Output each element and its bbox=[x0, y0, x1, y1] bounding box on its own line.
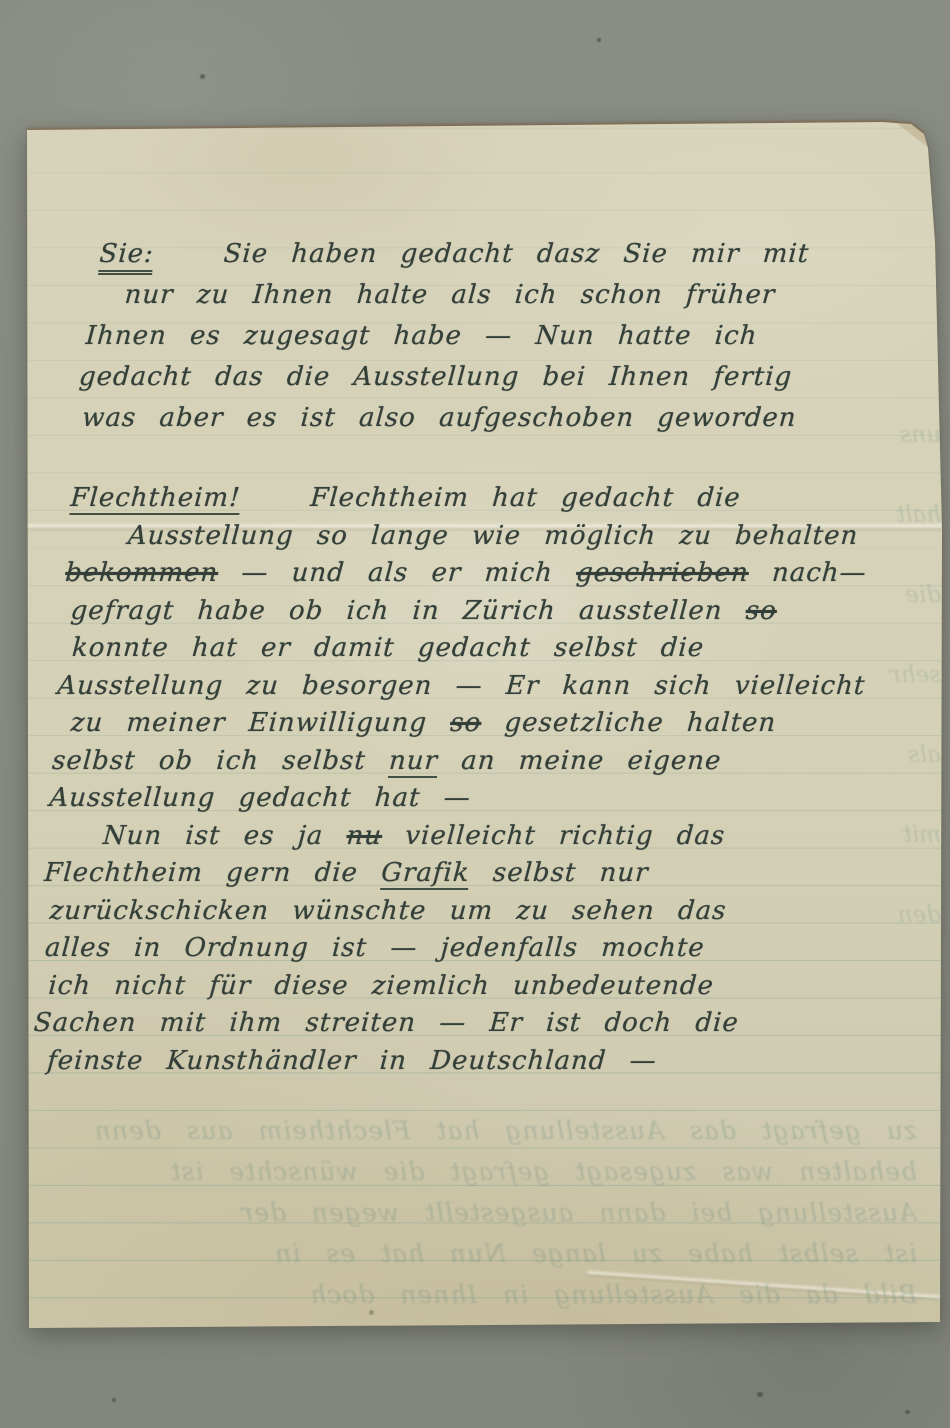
dust-speck bbox=[757, 1392, 763, 1397]
text-segment: gedacht das die Ausstellung bei Ihnen fe… bbox=[78, 362, 793, 392]
dblunderline-text: Sie: bbox=[98, 239, 155, 275]
handwritten-line: feinste Kunsthändler in Deutschland — bbox=[30, 1043, 857, 1081]
handwritten-line: gefragt habe ob ich in Zürich ausstellen… bbox=[61, 593, 888, 631]
handwritten-line: Ausstellung gedacht hat — bbox=[48, 780, 875, 818]
handwritten-line: konnte hat er damit gedacht selbst die bbox=[59, 630, 886, 668]
text-segment: alles in Ordnung ist — jedenfalls mochte bbox=[44, 933, 706, 963]
handwritten-line: gedacht das die Ausstellung bei Ihnen fe… bbox=[78, 357, 905, 398]
dust-speck bbox=[905, 1410, 910, 1414]
handwritten-line: Flechtheim gern die Grafik selbst nur bbox=[43, 855, 870, 893]
handwritten-line: Sie: Sie haben gedacht dasz Sie mir mit bbox=[86, 234, 913, 275]
text-segment: gefragt habe ob ich in Zürich ausstellen bbox=[70, 596, 747, 626]
handwritten-line: alles in Ordnung ist — jedenfalls mochte bbox=[38, 930, 865, 968]
handwritten-line: Ausstellung so lange wie möglich zu beha… bbox=[67, 518, 894, 556]
bleedthrough-line: zu gefragt das Ausstellung hat Flechthei… bbox=[57, 1110, 917, 1151]
text-segment: was aber es ist also aufgeschoben geword… bbox=[81, 403, 798, 433]
dust-speck bbox=[200, 74, 205, 79]
diagonal-crease bbox=[587, 1269, 950, 1303]
text-segment: selbst nur bbox=[469, 858, 650, 888]
strike-text: bekommen bbox=[64, 558, 219, 588]
text-segment: gesetzliche halten bbox=[480, 708, 777, 738]
underline-text: Grafik bbox=[380, 858, 471, 890]
paragraph-p1: Sie: Sie haben gedacht dasz Sie mir mitn… bbox=[75, 234, 913, 439]
text-segment: konnte hat er damit gedacht selbst die bbox=[71, 633, 705, 663]
handwritten-line: Ihnen es zugesagt habe — Nun hatte ich bbox=[80, 316, 907, 357]
paper-sheet: unshaltdiesehralsmitden zu gefragt das A… bbox=[27, 122, 943, 1329]
text-segment: Nun ist es ja bbox=[102, 821, 348, 851]
handwritten-line: Sachen mit ihm streiten — Er ist doch di… bbox=[32, 1005, 859, 1043]
text-segment: zu meiner Einwilligung bbox=[70, 708, 452, 738]
handwritten-line: zurückschicken wünschte um zu sehen das bbox=[40, 893, 867, 931]
text-segment: — und als er mich bbox=[217, 558, 577, 588]
bleedthrough-line: Ausstellung bei dann ausgestellt wegen d… bbox=[57, 1192, 917, 1233]
dust-speck bbox=[112, 1398, 116, 1402]
scan-photo: { "scene": { "background_color": "#868a8… bbox=[0, 0, 950, 1428]
underline-text: nur bbox=[388, 746, 439, 778]
text-segment: zurückschicken wünschte um zu sehen das bbox=[49, 896, 728, 926]
letter-page: unshaltdiesehralsmitden zu gefragt das A… bbox=[27, 122, 943, 1329]
dust-speck bbox=[597, 38, 601, 42]
bleedthrough-bottom-text: zu gefragt das Ausstellung hat Flechthei… bbox=[57, 1110, 917, 1315]
ink-speck bbox=[369, 1310, 374, 1315]
handwritten-line: Ausstellung zu besorgen — Er kann sich v… bbox=[56, 668, 883, 706]
manuscript-text: Sie: Sie haben gedacht dasz Sie mir mitn… bbox=[30, 234, 913, 1080]
text-segment: selbst ob ich selbst bbox=[51, 746, 390, 776]
text-segment: vielleicht richtig das bbox=[381, 821, 726, 851]
paragraph-p2: Flechtheim! Flechtheim hat gedacht dieAu… bbox=[30, 480, 896, 1080]
handwritten-line: zu meiner Einwilligung so gesetzliche ha… bbox=[53, 705, 880, 743]
strike-text: so bbox=[449, 708, 482, 738]
handwritten-line: ich nicht für diese ziemlich unbedeutend… bbox=[35, 968, 862, 1006]
bleedthrough-line: Bild da die Ausstellung in Ihnen doch bbox=[57, 1274, 917, 1315]
text-segment: nur zu Ihnen halte als ich schon früher bbox=[124, 280, 777, 310]
strike-text: geschrieben bbox=[575, 558, 750, 588]
folded-corner bbox=[895, 122, 929, 148]
bleedthrough-line: behalten was zugesagt gefragt die wünsch… bbox=[57, 1151, 917, 1192]
handwritten-line: bekommen — und als er mich geschrieben n… bbox=[64, 555, 891, 593]
text-segment: Ausstellung gedacht hat — bbox=[49, 783, 472, 813]
text-segment: Flechtheim gern die bbox=[43, 858, 382, 888]
handwritten-line: was aber es ist also aufgeschoben geword… bbox=[75, 398, 902, 439]
text-segment: ich nicht für diese ziemlich unbedeutend… bbox=[47, 971, 715, 1001]
text-segment: Flechtheim hat gedacht die bbox=[240, 483, 742, 513]
handwritten-line: selbst ob ich selbst nur an meine eigene bbox=[51, 743, 878, 781]
text-segment: Ausstellung zu besorgen — Er kann sich v… bbox=[56, 671, 866, 701]
strike-text: so bbox=[745, 596, 778, 626]
text-segment: Ihnen es zugesagt habe — Nun hatte ich bbox=[85, 321, 759, 351]
handwritten-line: nur zu Ihnen halte als ich schon früher bbox=[83, 275, 910, 316]
text-segment: nach— bbox=[748, 558, 868, 588]
handwritten-line: Nun ist es ja nu vielleicht richtig das bbox=[46, 818, 873, 856]
text-segment: Sie haben gedacht dasz Sie mir mit bbox=[153, 239, 810, 269]
text-segment: Sachen mit ihm streiten — Er ist doch di… bbox=[33, 1008, 740, 1038]
underline-text: Flechtheim! bbox=[69, 483, 241, 515]
bleedthrough-line: ist selbst habe zu lange Nun hat es in bbox=[57, 1233, 917, 1274]
text-segment: Ausstellung so lange wie möglich zu beha… bbox=[127, 521, 860, 551]
text-segment: feinste Kunsthändler in Deutschland — bbox=[46, 1046, 658, 1076]
strike-text: nu bbox=[346, 821, 384, 851]
text-segment: an meine eigene bbox=[437, 746, 723, 776]
handwritten-line: Flechtheim! Flechtheim hat gedacht die bbox=[69, 480, 896, 518]
